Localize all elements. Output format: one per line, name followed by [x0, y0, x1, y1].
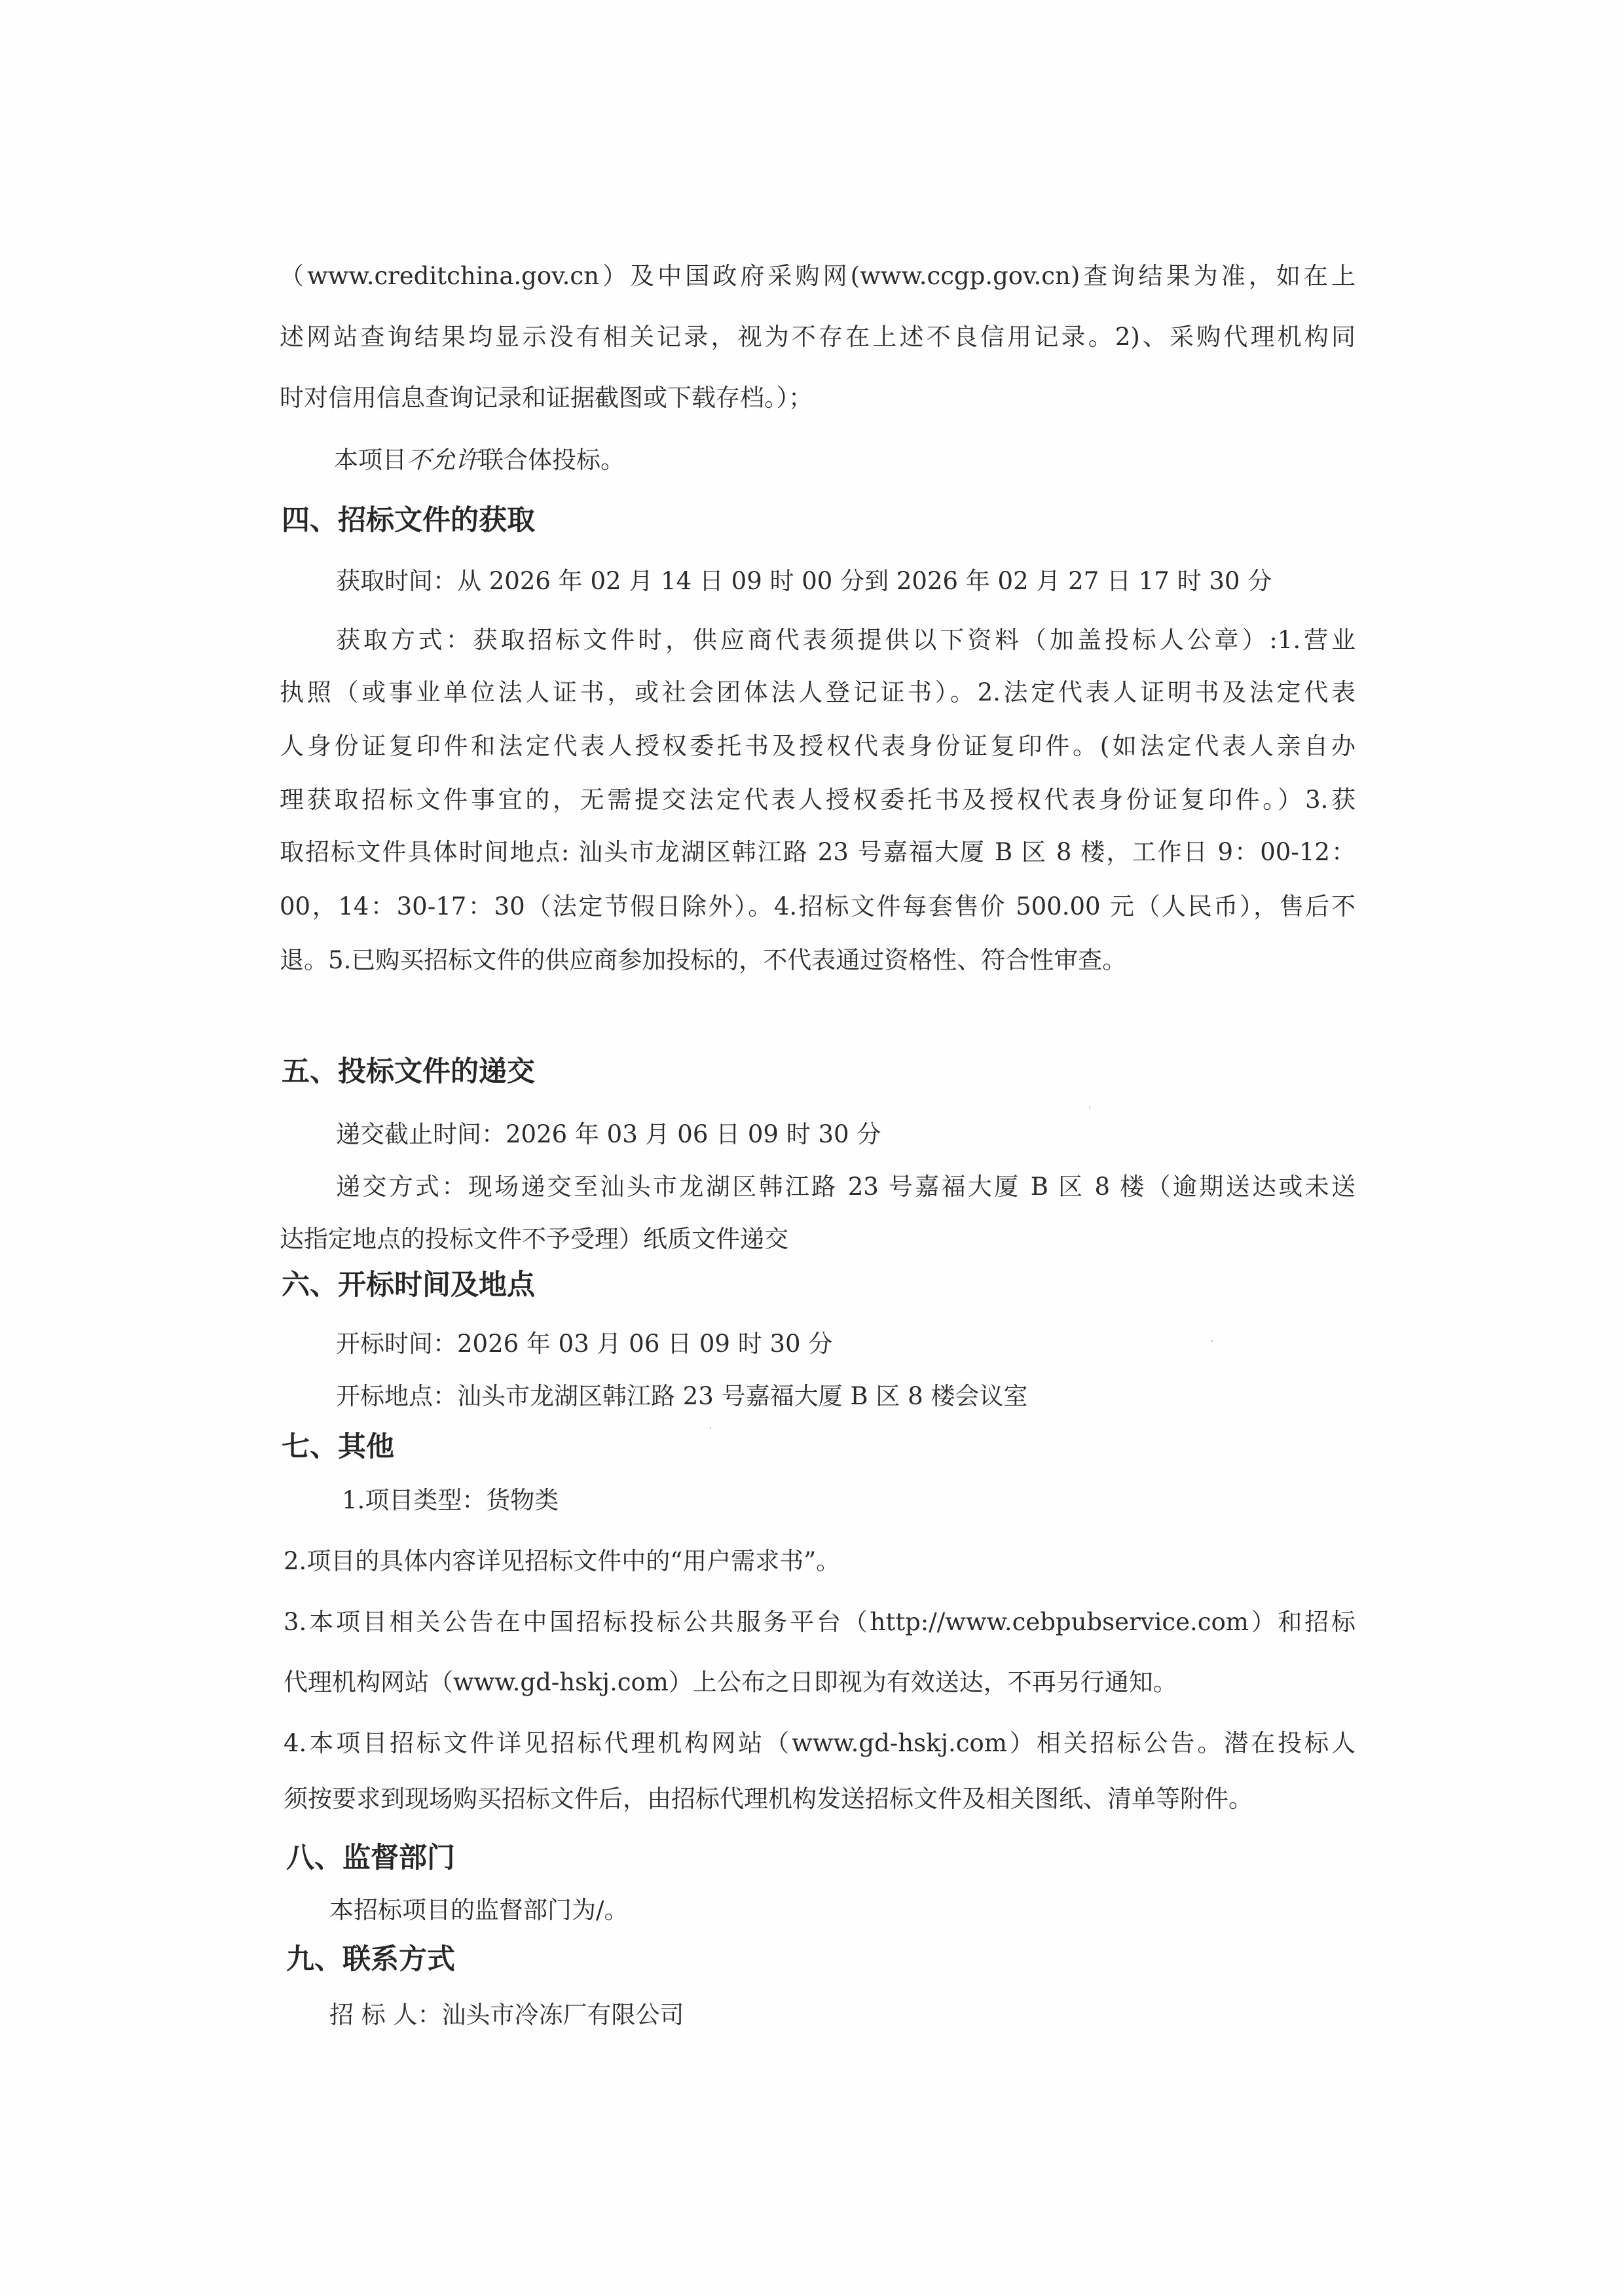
acquisition-method-line-6: 00，14：30-17：30（法定节假日除外）。4.招标文件每套售价 500.0… — [280, 890, 1356, 923]
scan-speck — [710, 1427, 711, 1429]
section-heading-6: 六、开标时间及地点 — [282, 1267, 535, 1303]
supervision-statement: 本招标项目的监督部门为/。 — [329, 1894, 628, 1927]
other-item-3-line-1: 3.本项目相关公告在中国招标投标公共服务平台（http://www.cebpub… — [284, 1606, 1356, 1639]
credit-check-line-3: 时对信用信息查询记录和证据截图或下载存档。）； — [280, 382, 813, 414]
consortium-suffix: 联合体投标。 — [479, 446, 625, 474]
document-page: （www.creditchina.gov.cn）及中国政府采购网(www.ccg… — [0, 0, 1624, 2296]
opening-location: 开标地点：汕头市龙湖区韩江路 23 号嘉福大厦 B 区 8 楼会议室 — [336, 1380, 1027, 1413]
acquisition-method-line-3: 人身份证复印件和法定代表人授权委托书及授权代表身份证复印件。(如法定代表人亲自办 — [280, 730, 1356, 763]
section-heading-8: 八、监督部门 — [286, 1840, 455, 1876]
section-heading-5: 五、投标文件的递交 — [282, 1053, 535, 1090]
consortium-prefix: 本项目 — [334, 446, 407, 474]
tenderer-contact: 招 标 人：汕头市冷冻厂有限公司 — [329, 1999, 684, 2032]
other-item-2: 2.项目的具体内容详见招标文件中的“用户需求书”。 — [284, 1545, 840, 1578]
consortium-emphasis: 不允许 — [407, 446, 479, 474]
other-item-1: 1.项目类型：货物类 — [342, 1484, 559, 1517]
acquisition-method-line-2: 执照（或事业单位法人证书，或社会团体法人登记证书）。2.法定代表人证明书及法定代… — [280, 676, 1356, 709]
other-item-3-line-2: 代理机构网站（www.gd-hskj.com）上公布之日即视为有效送达，不再另行… — [284, 1666, 1177, 1699]
acquisition-method-line-1: 获取方式：获取招标文件时，供应商代表须提供以下资料（加盖投标人公章）:1.营业 — [336, 624, 1356, 657]
credit-check-line-1: （www.creditchina.gov.cn）及中国政府采购网(www.ccg… — [280, 260, 1356, 293]
submission-method-line-2: 达指定地点的投标文件不予受理）纸质文件递交 — [280, 1223, 788, 1256]
acquisition-method-line-7: 退。5.已购买招标文件的供应商参加投标的，不代表通过资格性、符合性审查。 — [280, 944, 1126, 977]
credit-check-line-2: 述网站查询结果均显示没有相关记录，视为不存在上述不良信用记录。2)、采购代理机构… — [280, 321, 1356, 354]
acquisition-method-line-5: 取招标文件具体时间地点: 汕头市龙湖区韩江路 23 号嘉福大厦 B 区 8 楼，… — [280, 836, 1356, 869]
acquisition-method-line-4: 理获取招标文件事宜的，无需提交法定代表人授权委托书及授权代表身份证复印件。）3.… — [280, 784, 1356, 816]
other-item-4-line-2: 须按要求到现场购买招标文件后，由招标代理机构发送招标文件及相关图纸、清单等附件。 — [284, 1783, 1253, 1815]
section-heading-4: 四、招标文件的获取 — [282, 502, 535, 539]
acquisition-time: 获取时间：从 2026 年 02 月 14 日 09 时 00 分到 2026 … — [336, 565, 1272, 598]
scan-speck — [1211, 1340, 1213, 1342]
section-heading-9: 九、联系方式 — [286, 1941, 455, 1978]
opening-time: 开标时间：2026 年 03 月 06 日 09 时 30 分 — [336, 1328, 832, 1360]
scan-speck — [1089, 1106, 1090, 1108]
submission-deadline: 递交截止时间：2026 年 03 月 06 日 09 时 30 分 — [336, 1118, 881, 1151]
other-item-4-line-1: 4.本项目招标文件详见招标代理机构网站（www.gd-hskj.com）相关招标… — [284, 1727, 1356, 1760]
consortium-statement: 本项目不允许联合体投标。 — [334, 444, 625, 477]
submission-method-line-1: 递交方式：现场递交至汕头市龙湖区韩江路 23 号嘉福大厦 B 区 8 楼（逾期送… — [336, 1171, 1356, 1203]
section-heading-7: 七、其他 — [282, 1429, 394, 1465]
